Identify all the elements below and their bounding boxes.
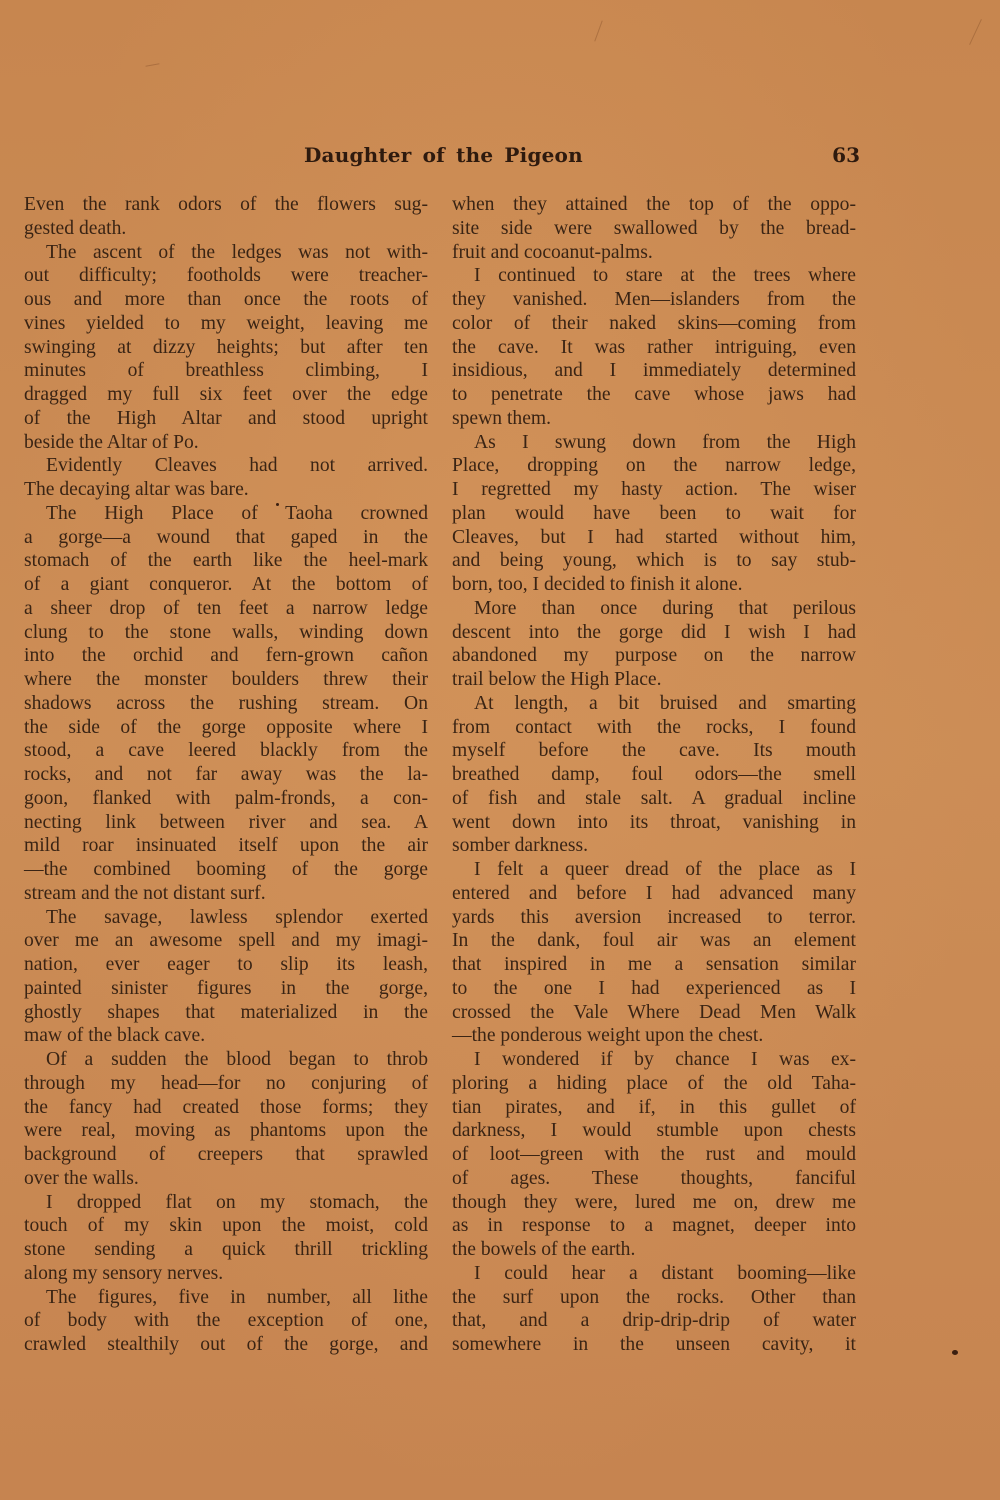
- text-line: stream and the not distant surf.: [24, 882, 428, 906]
- text-line: In the dank, foul air was an element: [452, 929, 856, 953]
- text-line: breathed damp, foul odors—the smell: [452, 763, 856, 787]
- running-title: Daughter of the Pigeon: [304, 143, 583, 167]
- text-line: entered and before I had advanced many: [452, 882, 856, 906]
- text-line: I regretted my hasty action. The wiser: [452, 478, 856, 502]
- text-line: that inspired in me a sensation similar: [452, 953, 856, 977]
- text-line: Evidently Cleaves had not arrived.: [24, 454, 428, 478]
- text-line: mild roar insinuated itself upon the air: [24, 834, 428, 858]
- paper-fiber: [969, 19, 982, 45]
- text-line: nation, ever eager to slip its leash,: [24, 953, 428, 977]
- text-line: went down into its throat, vanishing in: [452, 811, 856, 835]
- text-line: along my sensory nerves.: [24, 1262, 428, 1286]
- text-line: somewhere in the unseen cavity, it: [452, 1333, 856, 1357]
- text-line: vines yielded to my weight, leaving me: [24, 312, 428, 336]
- text-line: a gorge—a wound that gaped in the: [24, 526, 428, 550]
- text-line: plan would have been to wait for: [452, 502, 856, 526]
- text-line: maw of the black cave.: [24, 1024, 428, 1048]
- text-line: minutes of breathless climbing, I: [24, 359, 428, 383]
- text-line: where the monster boulders threw their: [24, 668, 428, 692]
- text-line: trail below the High Place.: [452, 668, 856, 692]
- text-line: though they were, lured me on, drew me: [452, 1191, 856, 1215]
- text-line: as in response to a magnet, deeper into: [452, 1214, 856, 1238]
- text-line: of ages. These thoughts, fanciful: [452, 1167, 856, 1191]
- text-line: of fish and stale salt. A gradual inclin…: [452, 787, 856, 811]
- text-line: and being young, which is to say stub-: [452, 549, 856, 573]
- page-number: 63: [832, 143, 860, 167]
- text-line: myself before the cave. Its mouth: [452, 739, 856, 763]
- text-line: I continued to stare at the trees where: [452, 264, 856, 288]
- text-line: stood, a cave leered blackly from the: [24, 739, 428, 763]
- text-line: the side of the gorge opposite where I: [24, 716, 428, 740]
- text-line: I wondered if by chance I was ex-: [452, 1048, 856, 1072]
- text-line: darkness, I would stumble upon chests: [452, 1119, 856, 1143]
- text-line: The savage, lawless splendor exerted: [24, 906, 428, 930]
- text-line: the cave. It was rather intriguing, even: [452, 336, 856, 360]
- text-line: abandoned my purpose on the narrow: [452, 644, 856, 668]
- book-page: Daughter of the Pigeon 63 Even the rank …: [0, 0, 1000, 1500]
- text-line: over the walls.: [24, 1167, 428, 1191]
- text-line: site side were swallowed by the bread-: [452, 217, 856, 241]
- text-line: spewn them.: [452, 407, 856, 431]
- text-line: painted sinister figures in the gorge,: [24, 977, 428, 1001]
- text-line: I dropped flat on my stomach, the: [24, 1191, 428, 1215]
- text-line: touch of my skin upon the moist, cold: [24, 1214, 428, 1238]
- text-line: the fancy had created those forms; they: [24, 1096, 428, 1120]
- running-head: Daughter of the Pigeon 63: [300, 143, 860, 173]
- text-line: to penetrate the cave whose jaws had: [452, 383, 856, 407]
- text-line: I could hear a distant booming—like: [452, 1262, 856, 1286]
- text-line: More than once during that perilous: [452, 597, 856, 621]
- text-line: through my head—for no conjuring of: [24, 1072, 428, 1096]
- text-line: from contact with the rocks, I found: [452, 716, 856, 740]
- text-line: the bowels of the earth.: [452, 1238, 856, 1262]
- text-line: stomach of the earth like the heel-mark: [24, 549, 428, 573]
- text-line: The figures, five in number, all lithe: [24, 1286, 428, 1310]
- text-line: descent into the gorge did I wish I had: [452, 621, 856, 645]
- text-line: over me an awesome spell and my imagi-: [24, 929, 428, 953]
- text-line: I felt a queer dread of the place as I: [452, 858, 856, 882]
- ink-speck: [952, 1350, 958, 1355]
- text-line: swinging at dizzy heights; but after ten: [24, 336, 428, 360]
- text-line: clung to the stone walls, winding down: [24, 621, 428, 645]
- text-line: The ascent of the ledges was not with-: [24, 241, 428, 265]
- text-line: of a giant conqueror. At the bottom of: [24, 573, 428, 597]
- text-line: a sheer drop of ten feet a narrow ledge: [24, 597, 428, 621]
- text-line: gested death.: [24, 217, 428, 241]
- text-line: rocks, and not far away was the la-: [24, 763, 428, 787]
- text-line: into the orchid and fern-grown cañon: [24, 644, 428, 668]
- text-line: insidious, and I immediately determined: [452, 359, 856, 383]
- text-line: ghostly shapes that materialized in the: [24, 1001, 428, 1025]
- text-line: that, and a drip-drip-drip of water: [452, 1309, 856, 1333]
- text-line: The decaying altar was bare.: [24, 478, 428, 502]
- text-line: born, too, I decided to finish it alone.: [452, 573, 856, 597]
- text-line: were real, moving as phantoms upon the: [24, 1119, 428, 1143]
- text-line: they vanished. Men—islanders from the: [452, 288, 856, 312]
- right-column: when they attained the top of the oppo-s…: [452, 193, 856, 1357]
- text-line: Place, dropping on the narrow ledge,: [452, 454, 856, 478]
- text-line: ous and more than once the roots of: [24, 288, 428, 312]
- text-line: The High Place of Taoha crowned: [24, 502, 428, 526]
- text-line: fruit and cocoanut-palms.: [452, 241, 856, 265]
- text-line: when they attained the top of the oppo-: [452, 193, 856, 217]
- paper-fiber: [146, 63, 160, 66]
- text-line: to the one I had experienced as I: [452, 977, 856, 1001]
- text-line: Even the rank odors of the flowers sug-: [24, 193, 428, 217]
- paper-fiber: [594, 20, 602, 41]
- text-line: shadows across the rushing stream. On: [24, 692, 428, 716]
- text-line: of loot—green with the rust and mould: [452, 1143, 856, 1167]
- text-line: tian pirates, and if, in this gullet of: [452, 1096, 856, 1120]
- text-line: beside the Altar of Po.: [24, 431, 428, 455]
- text-line: —the combined booming of the gorge: [24, 858, 428, 882]
- text-line: goon, flanked with palm-fronds, a con-: [24, 787, 428, 811]
- text-line: the surf upon the rocks. Other than: [452, 1286, 856, 1310]
- left-column: Even the rank odors of the flowers sug-g…: [24, 193, 428, 1357]
- text-line: necting link between river and sea. A: [24, 811, 428, 835]
- text-line: crossed the Vale Where Dead Men Walk: [452, 1001, 856, 1025]
- text-line: stone sending a quick thrill trickling: [24, 1238, 428, 1262]
- text-line: somber darkness.: [452, 834, 856, 858]
- text-line: out difficulty; footholds were treacher-: [24, 264, 428, 288]
- text-line: color of their naked skins—coming from: [452, 312, 856, 336]
- text-line: dragged my full six feet over the edge: [24, 383, 428, 407]
- ink-speck: [276, 503, 279, 506]
- text-line: As I swung down from the High: [452, 431, 856, 455]
- text-line: of the High Altar and stood upright: [24, 407, 428, 431]
- text-line: Of a sudden the blood began to throb: [24, 1048, 428, 1072]
- text-line: crawled stealthily out of the gorge, and: [24, 1333, 428, 1357]
- text-line: At length, a bit bruised and smarting: [452, 692, 856, 716]
- text-line: Cleaves, but I had started without him,: [452, 526, 856, 550]
- text-line: —the ponderous weight upon the chest.: [452, 1024, 856, 1048]
- text-line: background of creepers that sprawled: [24, 1143, 428, 1167]
- text-line: yards this aversion increased to terror.: [452, 906, 856, 930]
- text-line: ploring a hiding place of the old Taha-: [452, 1072, 856, 1096]
- text-line: of body with the exception of one,: [24, 1309, 428, 1333]
